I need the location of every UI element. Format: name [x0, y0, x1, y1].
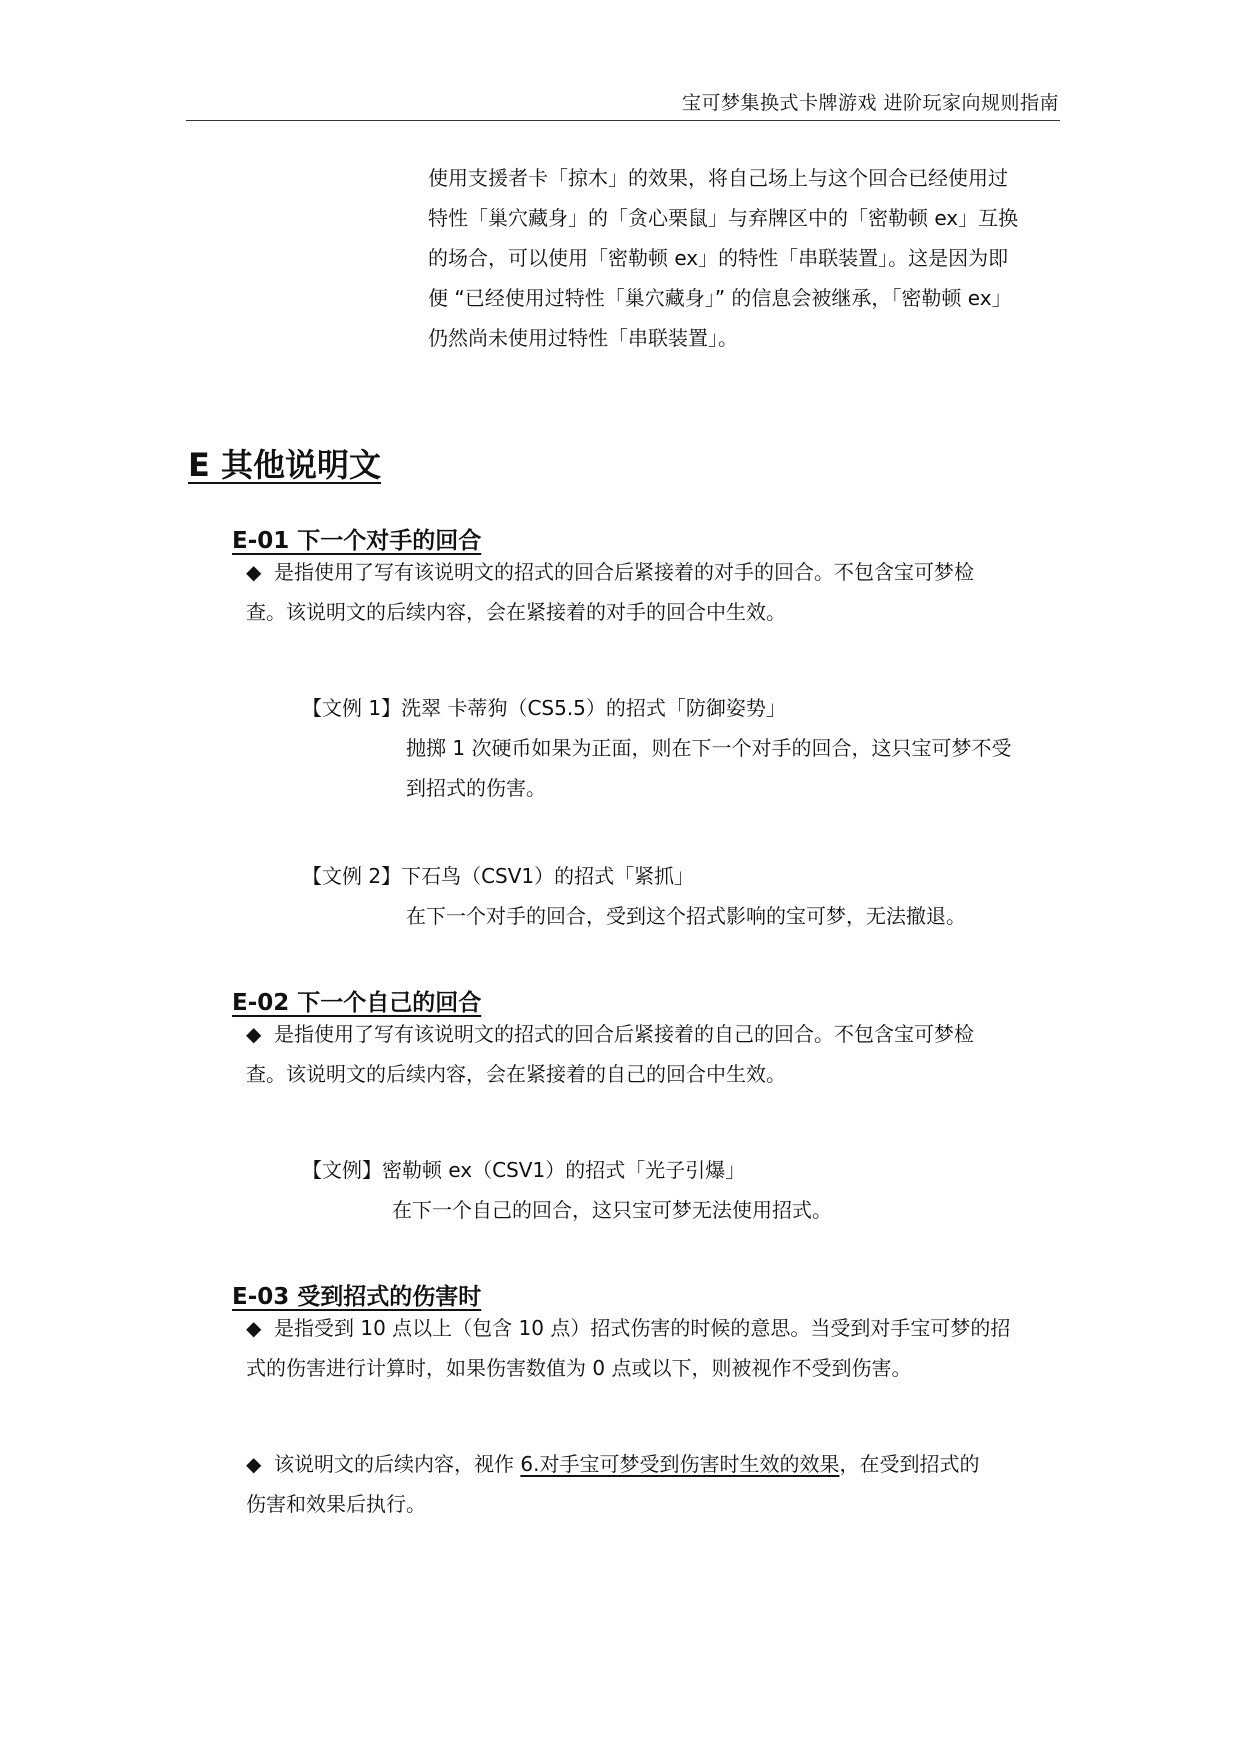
example-line: 抛掷 1 次硬币如果为正面，则在下一个对手的回合，这只宝可梦不受 [406, 728, 1011, 768]
diamond-bullet-icon: ◆ [246, 1444, 274, 1484]
e03-bullet2: ◆该说明文的后续内容，视作 6.对手宝可梦受到伤害时生效的效果，在受到招式的 [246, 1444, 1058, 1484]
e03-bullet1-cont: 式的伤害进行计算时，如果伤害数值为 0 点或以下，则被视作不受到伤害。 [246, 1348, 1058, 1388]
e01-example2-title: 【文例 2】下石鸟（CSV1）的招式「紧抓」 [302, 856, 694, 896]
e01-example1-body: 抛掷 1 次硬币如果为正面，则在下一个对手的回合，这只宝可梦不受 到招式的伤害。 [406, 728, 1011, 808]
intro-line: 特性「巢穴藏身」的「贪心栗鼠」与弃牌区中的「密勒顿 ex」互换 [428, 198, 1058, 238]
example-line: 到招式的伤害。 [406, 768, 1011, 808]
e01-bullet-cont: 查。该说明文的后续内容，会在紧接着的对手的回合中生效。 [246, 592, 1058, 632]
bullet-text: 是指使用了写有该说明文的招式的回合后紧接着的自己的回合。不包含宝可梦检 [274, 1022, 974, 1046]
header-title: 宝可梦集换式卡牌游戏 进阶玩家向规则指南 [682, 88, 1059, 115]
header-divider [186, 120, 1060, 121]
e03-heading: E-03 受到招式的伤害时 [232, 1278, 481, 1311]
bullet-text: 该说明文的后续内容，视作 [274, 1452, 520, 1476]
intro-line: 便 “已经使用过特性「巢穴藏身」” 的信息会被继承，「密勒顿 ex」 [428, 278, 1058, 318]
intro-line: 使用支援者卡「掠木」的效果，将自己场上与这个回合已经使用过 [428, 158, 1058, 198]
e03-bullet2-cont: 伤害和效果后执行。 [246, 1484, 1058, 1524]
intro-paragraph: 使用支援者卡「掠木」的效果，将自己场上与这个回合已经使用过 特性「巢穴藏身」的「… [428, 158, 1058, 358]
e01-example2-body: 在下一个对手的回合，受到这个招式影响的宝可梦，无法撤退。 [406, 896, 966, 936]
bullet-text: ，在受到招式的 [839, 1452, 979, 1476]
section-title: E 其他说明文 [188, 440, 381, 486]
diamond-bullet-icon: ◆ [246, 1308, 274, 1348]
intro-line: 仍然尚未使用过特性「串联装置」。 [428, 318, 1058, 358]
e02-heading: E-02 下一个自己的回合 [232, 984, 481, 1017]
e01-heading: E-01 下一个对手的回合 [232, 522, 481, 555]
e01-bullet: ◆是指使用了写有该说明文的招式的回合后紧接着的对手的回合。不包含宝可梦检 [246, 552, 1058, 592]
e03-bullet1: ◆是指受到 10 点以上（包含 10 点）招式伤害的时候的意思。当受到对手宝可梦… [246, 1308, 1058, 1348]
e02-bullet-cont: 查。该说明文的后续内容，会在紧接着的自己的回合中生效。 [246, 1054, 1058, 1094]
bullet-text: 是指使用了写有该说明文的招式的回合后紧接着的对手的回合。不包含宝可梦检 [274, 560, 974, 584]
e02-example-body: 在下一个自己的回合，这只宝可梦无法使用招式。 [392, 1190, 832, 1230]
diamond-bullet-icon: ◆ [246, 1014, 274, 1054]
e02-example-title: 【文例】密勒顿 ex（CSV1）的招式「光子引爆」 [302, 1150, 745, 1190]
intro-line: 的场合，可以使用「密勒顿 ex」的特性「串联装置」。这是因为即 [428, 238, 1058, 278]
e02-bullet: ◆是指使用了写有该说明文的招式的回合后紧接着的自己的回合。不包含宝可梦检 [246, 1014, 1058, 1054]
diamond-bullet-icon: ◆ [246, 552, 274, 592]
e01-example1-title: 【文例 1】洗翠 卡蒂狗（CS5.5）的招式「防御姿势」 [302, 688, 786, 728]
cross-reference-link[interactable]: 6.对手宝可梦受到伤害时生效的效果 [520, 1452, 839, 1476]
bullet-text: 是指受到 10 点以上（包含 10 点）招式伤害的时候的意思。当受到对手宝可梦的… [274, 1316, 1010, 1340]
